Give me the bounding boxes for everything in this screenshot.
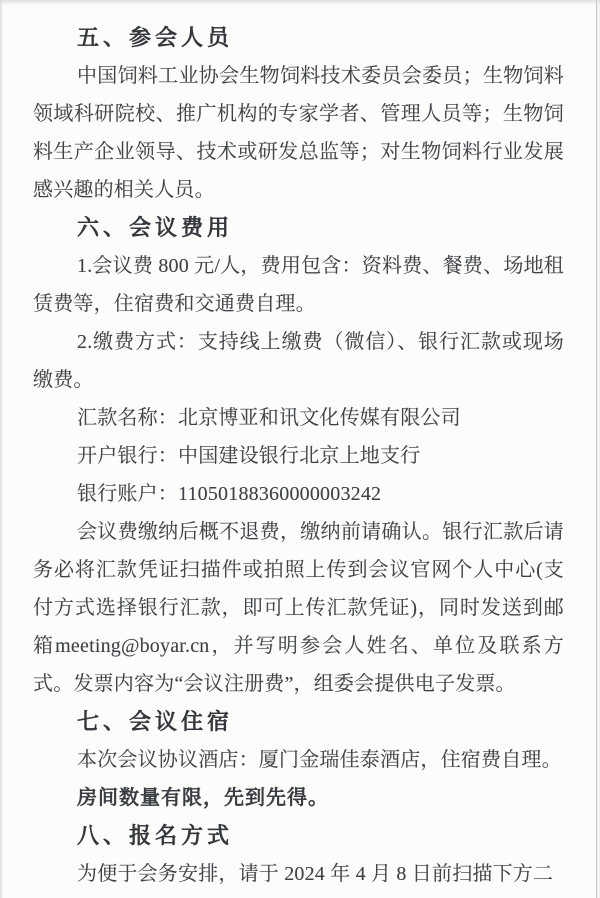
page-right-edge-line [596, 0, 597, 898]
body-paragraph: 中国饲料工业协会生物饲料技术委员会委员；生物饲料领域科研院校、推广机构的专家学者… [33, 57, 564, 209]
section-heading: 五、参会人员 [33, 19, 564, 57]
document-page: { "page": { "background": "#fcfcfb", "te… [0, 0, 600, 898]
body-paragraph: 开户银行：中国建设银行北京上地支行 [33, 437, 564, 475]
section-heading: 六、会议费用 [33, 209, 564, 247]
scan-left-edge [0, 0, 3, 898]
section-heading: 八、报名方式 [33, 817, 564, 855]
body-paragraph: 银行账户：11050188360000003242 [33, 475, 564, 513]
section-heading: 七、会议住宿 [33, 703, 564, 741]
body-paragraph: 汇款名称：北京博亚和讯文化传媒有限公司 [33, 399, 564, 437]
body-paragraph-bold: 房间数量有限，先到先得。 [33, 779, 564, 817]
body-paragraph: 1.会议费 800 元/人，费用包含：资料费、餐费、场地租赁费等，住宿费和交通费… [33, 247, 564, 323]
document-text-body: 五、参会人员中国饲料工业协会生物饲料技术委员会委员；生物饲料领域科研院校、推广机… [33, 19, 564, 893]
body-paragraph: 会议费缴纳后概不退费，缴纳前请确认。银行汇款后请务必将汇款凭证扫描件或拍照上传到… [33, 513, 564, 703]
body-paragraph: 本次会议协议酒店：厦门金瑞佳泰酒店，住宿费自理。 [33, 741, 564, 779]
body-paragraph: 为便于会务安排，请于 2024 年 4 月 8 日前扫描下方二 [33, 855, 564, 893]
body-paragraph: 2.缴费方式：支持线上缴费（微信）、银行汇款或现场缴费。 [33, 323, 564, 399]
scan-top-edge [0, 0, 600, 5]
